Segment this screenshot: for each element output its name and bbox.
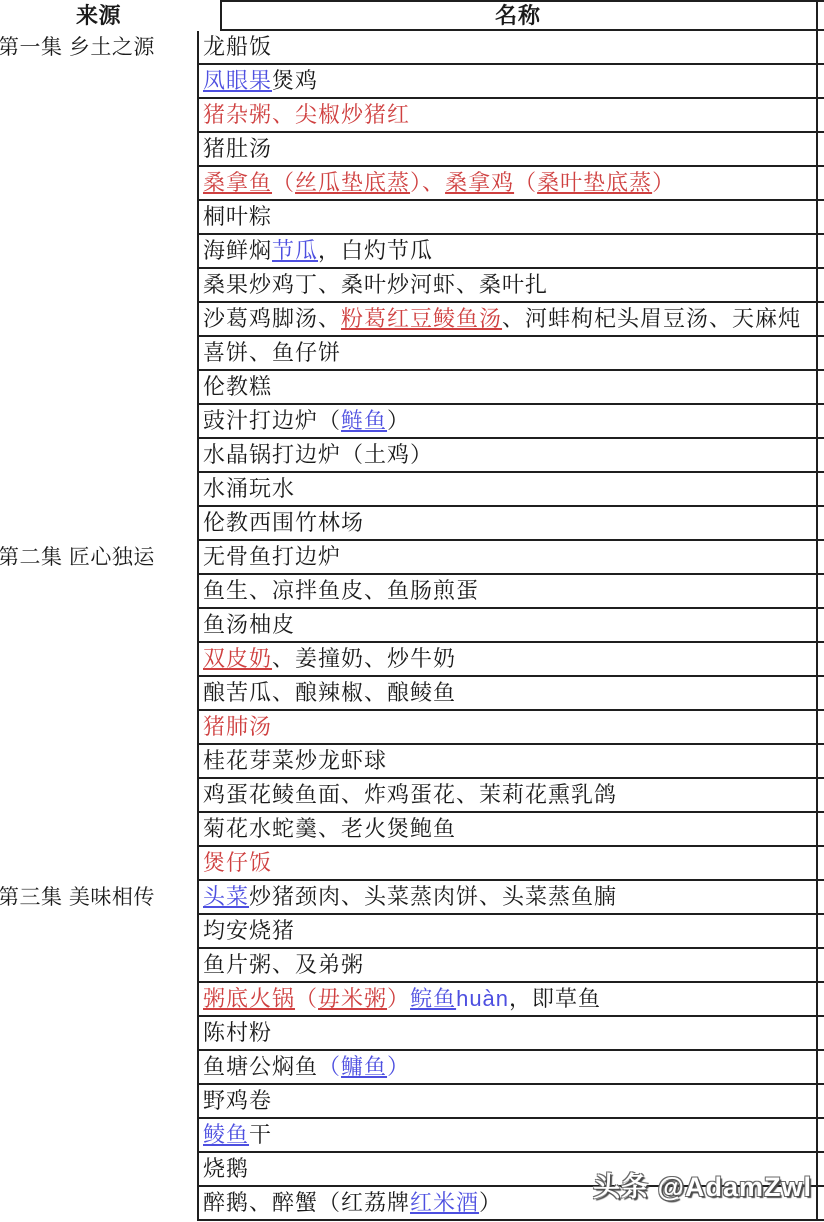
dish-link[interactable]: 凤眼果 [203, 68, 272, 93]
episode-label: 第一集 乡土之源 [0, 36, 155, 59]
dish-cell: 猪肚汤 [197, 133, 824, 167]
name-column-header: 名称 [220, 0, 824, 31]
dish-text: （ [514, 170, 537, 195]
dish-text: 豉汁打边炉（ [203, 408, 341, 433]
dish-cell: 均安烧猪 [197, 915, 824, 949]
dish-text: 菊花水蛇羹、老火煲鲍鱼 [203, 816, 456, 841]
dish-text: ） [387, 408, 410, 433]
table-row: 桑果炒鸡丁、桑叶炒河虾、桑叶扎 [0, 269, 824, 303]
dish-link[interactable]: 毋米粥 [318, 986, 387, 1011]
dish-link[interactable]: 桑叶垫底蒸 [537, 170, 652, 195]
source-cell: 第一集 乡土之源 [0, 31, 197, 65]
source-cell: 第三集 美味相传 [0, 881, 197, 915]
source-cell [0, 167, 197, 201]
dish-link[interactable]: 粉葛红豆鲮鱼汤 [341, 306, 502, 331]
dish-cell: 陈村粉 [197, 1017, 824, 1051]
dish-text: 均安烧猪 [203, 918, 295, 943]
dish-cell: 鸡蛋花鲮鱼面、炸鸡蛋花、茉莉花熏乳鸽 [197, 779, 824, 813]
source-cell [0, 235, 197, 269]
dish-cell: 双皮奶、姜撞奶、炒牛奶 [197, 643, 824, 677]
table-row: 桐叶粽 [0, 201, 824, 235]
dish-text: 炒猪颈肉、头菜蒸肉饼、头菜蒸鱼腩 [249, 884, 617, 909]
dish-text: 猪杂粥、尖椒炒猪红 [203, 102, 410, 127]
source-cell [0, 983, 197, 1017]
source-cell [0, 99, 197, 133]
table-row: 煲仔饭 [0, 847, 824, 881]
table-row: 鱼塘公焖鱼（鳙鱼） [0, 1051, 824, 1085]
table-row: 猪肺汤 [0, 711, 824, 745]
source-cell [0, 303, 197, 337]
dish-cell: 菊花水蛇羹、老火煲鲍鱼 [197, 813, 824, 847]
dish-cell: 头菜炒猪颈肉、头菜蒸肉饼、头菜蒸鱼腩 [197, 881, 824, 915]
source-cell [0, 371, 197, 405]
dish-text: 酿苦瓜、酿辣椒、酿鲮鱼 [203, 680, 456, 705]
dish-cell: 无骨鱼打边炉 [197, 541, 824, 575]
source-cell [0, 1187, 197, 1221]
dish-text: 野鸡卷 [203, 1088, 272, 1113]
dish-cell: 桐叶粽 [197, 201, 824, 235]
source-cell [0, 813, 197, 847]
dish-cell: 龙船饭 [197, 31, 824, 65]
dish-table-screenshot: 来源 名称 第一集 乡土之源龙船饭凤眼果煲鸡猪杂粥、尖椒炒猪红猪肚汤桑拿鱼（丝瓜… [0, 0, 824, 1222]
source-cell [0, 575, 197, 609]
source-column-header: 来源 [0, 0, 220, 31]
dish-text: huàn [456, 986, 509, 1011]
table-row: 水涌玩水 [0, 473, 824, 507]
dish-cell: 鱼生、凉拌鱼皮、鱼肠煎蛋 [197, 575, 824, 609]
table-row: 伦教糕 [0, 371, 824, 405]
table-row: 鱼片粥、及弟粥 [0, 949, 824, 983]
table-row: 双皮奶、姜撞奶、炒牛奶 [0, 643, 824, 677]
source-cell [0, 847, 197, 881]
table-row: 鲮鱼干 [0, 1119, 824, 1153]
dish-text: 煲仔饭 [203, 850, 272, 875]
dish-text: （ [272, 170, 295, 195]
dish-link[interactable]: 桑拿鸡 [445, 170, 514, 195]
source-cell [0, 1119, 197, 1153]
dish-text: 伦教西围竹林场 [203, 510, 364, 535]
dish-text: 、姜撞奶、炒牛奶 [272, 646, 456, 671]
dish-link[interactable]: 鲩鱼 [410, 986, 456, 1011]
table-row: 桑拿鱼（丝瓜垫底蒸）、桑拿鸡（桑叶垫底蒸） [0, 167, 824, 201]
dish-link[interactable]: 鲮鱼 [203, 1122, 249, 1147]
table-right-border [816, 0, 818, 1221]
table-row: 粥底火锅（毋米粥）鲩鱼huàn，即草鱼 [0, 983, 824, 1017]
dish-text: 海鲜焖 [203, 238, 272, 263]
dish-text: 无骨鱼打边炉 [203, 544, 341, 569]
dish-text: 鱼汤柚皮 [203, 612, 295, 637]
dish-text: ，即草鱼 [509, 986, 601, 1011]
source-cell [0, 405, 197, 439]
watermark: 头条 @AdamZwl [593, 1165, 812, 1204]
dish-text: ） [479, 1190, 502, 1215]
dish-cell: 沙葛鸡脚汤、粉葛红豆鲮鱼汤、河蚌枸杞头眉豆汤、天麻炖 [197, 303, 824, 337]
source-cell [0, 609, 197, 643]
table-row: 第二集 匠心独运无骨鱼打边炉 [0, 541, 824, 575]
dish-text: 、河蚌枸杞头眉豆汤、天麻炖 [502, 306, 801, 331]
episode-label: 第二集 匠心独运 [0, 546, 155, 569]
dish-link[interactable]: 头菜 [203, 884, 249, 909]
source-cell [0, 779, 197, 813]
dish-link[interactable]: 双皮奶 [203, 646, 272, 671]
dish-text: 鱼片粥、及弟粥 [203, 952, 364, 977]
table-row: 第三集 美味相传头菜炒猪颈肉、头菜蒸肉饼、头菜蒸鱼腩 [0, 881, 824, 915]
source-cell [0, 643, 197, 677]
source-cell [0, 915, 197, 949]
dish-text: 沙葛鸡脚汤、 [203, 306, 341, 331]
table-row: 陈村粉 [0, 1017, 824, 1051]
source-cell [0, 711, 197, 745]
dish-cell: 豉汁打边炉（鲢鱼） [197, 405, 824, 439]
table-row: 豉汁打边炉（鲢鱼） [0, 405, 824, 439]
dish-text: 猪肚汤 [203, 136, 272, 161]
table-row: 海鲜焖节瓜，白灼节瓜 [0, 235, 824, 269]
dish-cell: 鲮鱼干 [197, 1119, 824, 1153]
dish-cell: 猪肺汤 [197, 711, 824, 745]
table-row: 喜饼、鱼仔饼 [0, 337, 824, 371]
source-cell: 第二集 匠心独运 [0, 541, 197, 575]
dish-text: 醉鹅、醉蟹（红荔牌 [203, 1190, 410, 1215]
dish-text: ） [387, 1054, 410, 1079]
table-row: 桂花芽菜炒龙虾球 [0, 745, 824, 779]
dish-link[interactable]: 红米酒 [410, 1190, 479, 1215]
dish-cell: 喜饼、鱼仔饼 [197, 337, 824, 371]
dish-text: 桂花芽菜炒龙虾球 [203, 748, 387, 773]
dish-cell: 伦教西围竹林场 [197, 507, 824, 541]
dish-text: 煲鸡 [272, 68, 318, 93]
dish-text: ） [387, 986, 410, 1011]
dish-text: ，白灼节瓜 [318, 238, 433, 263]
dish-link[interactable]: 鲢鱼 [341, 408, 387, 433]
dish-text: 陈村粉 [203, 1020, 272, 1045]
dish-text: 喜饼、鱼仔饼 [203, 340, 341, 365]
dish-text: 鸡蛋花鲮鱼面、炸鸡蛋花、茉莉花熏乳鸽 [203, 782, 617, 807]
dish-text: 鱼塘公焖鱼 [203, 1054, 318, 1079]
dish-text: 干 [249, 1122, 272, 1147]
source-cell [0, 65, 197, 99]
table-row: 鱼生、凉拌鱼皮、鱼肠煎蛋 [0, 575, 824, 609]
table-row: 第一集 乡土之源龙船饭 [0, 31, 824, 65]
source-cell [0, 1017, 197, 1051]
dish-link[interactable]: 桑拿鱼 [203, 170, 272, 195]
dish-text: 桑果炒鸡丁、桑叶炒河虾、桑叶扎 [203, 272, 548, 297]
dish-cell: 猪杂粥、尖椒炒猪红 [197, 99, 824, 133]
dish-text: 烧鹅 [203, 1156, 249, 1181]
table-row: 野鸡卷 [0, 1085, 824, 1119]
source-cell [0, 745, 197, 779]
table-row: 沙葛鸡脚汤、粉葛红豆鲮鱼汤、河蚌枸杞头眉豆汤、天麻炖 [0, 303, 824, 337]
dish-link[interactable]: 鳙鱼 [341, 1054, 387, 1079]
dish-link[interactable]: 粥底火锅 [203, 986, 295, 1011]
source-cell [0, 439, 197, 473]
dish-text: ） [652, 170, 675, 195]
episode-label: 第三集 美味相传 [0, 886, 155, 909]
dish-text: 水涌玩水 [203, 476, 295, 501]
table-row: 凤眼果煲鸡 [0, 65, 824, 99]
dish-text: （ [318, 1054, 341, 1079]
dish-cell: 桑果炒鸡丁、桑叶炒河虾、桑叶扎 [197, 269, 824, 303]
dish-text: 水晶锅打边炉（土鸡） [203, 442, 433, 467]
dish-cell: 海鲜焖节瓜，白灼节瓜 [197, 235, 824, 269]
dish-cell: 桑拿鱼（丝瓜垫底蒸）、桑拿鸡（桑叶垫底蒸） [197, 167, 824, 201]
dish-text: 伦教糕 [203, 374, 272, 399]
dish-cell: 鱼汤柚皮 [197, 609, 824, 643]
source-cell [0, 1085, 197, 1119]
dish-link[interactable]: 丝瓜垫底蒸 [295, 170, 410, 195]
dish-cell: 煲仔饭 [197, 847, 824, 881]
table-row: 菊花水蛇羹、老火煲鲍鱼 [0, 813, 824, 847]
source-cell [0, 507, 197, 541]
table-header-row: 来源 名称 [0, 0, 824, 31]
source-cell [0, 1051, 197, 1085]
table-row: 均安烧猪 [0, 915, 824, 949]
dish-text: 龙船饭 [203, 34, 272, 59]
dish-link[interactable]: 节瓜 [272, 238, 318, 263]
dish-cell: 桂花芽菜炒龙虾球 [197, 745, 824, 779]
dish-cell: 粥底火锅（毋米粥）鲩鱼huàn，即草鱼 [197, 983, 824, 1017]
dish-text: 猪肺汤 [203, 714, 272, 739]
dish-text: 鱼生、凉拌鱼皮、鱼肠煎蛋 [203, 578, 479, 603]
dish-cell: 野鸡卷 [197, 1085, 824, 1119]
table-row: 伦教西围竹林场 [0, 507, 824, 541]
source-cell [0, 1153, 197, 1187]
source-cell [0, 133, 197, 167]
dish-cell: 水晶锅打边炉（土鸡） [197, 439, 824, 473]
dish-text: 桐叶粽 [203, 204, 272, 229]
table-row: 猪杂粥、尖椒炒猪红 [0, 99, 824, 133]
table-row: 鸡蛋花鲮鱼面、炸鸡蛋花、茉莉花熏乳鸽 [0, 779, 824, 813]
table-row: 酿苦瓜、酿辣椒、酿鲮鱼 [0, 677, 824, 711]
source-cell [0, 473, 197, 507]
dish-cell: 凤眼果煲鸡 [197, 65, 824, 99]
source-cell [0, 337, 197, 371]
dish-text: （ [295, 986, 318, 1011]
dish-cell: 鱼片粥、及弟粥 [197, 949, 824, 983]
source-cell [0, 677, 197, 711]
dish-cell: 酿苦瓜、酿辣椒、酿鲮鱼 [197, 677, 824, 711]
table-row: 水晶锅打边炉（土鸡） [0, 439, 824, 473]
dish-cell: 伦教糕 [197, 371, 824, 405]
dish-table: 来源 名称 第一集 乡土之源龙船饭凤眼果煲鸡猪杂粥、尖椒炒猪红猪肚汤桑拿鱼（丝瓜… [0, 0, 824, 1221]
source-cell [0, 269, 197, 303]
source-cell [0, 949, 197, 983]
dish-text: ）、 [410, 170, 445, 195]
dish-cell: 鱼塘公焖鱼（鳙鱼） [197, 1051, 824, 1085]
dish-cell: 水涌玩水 [197, 473, 824, 507]
table-row: 猪肚汤 [0, 133, 824, 167]
source-cell [0, 201, 197, 235]
table-row: 鱼汤柚皮 [0, 609, 824, 643]
